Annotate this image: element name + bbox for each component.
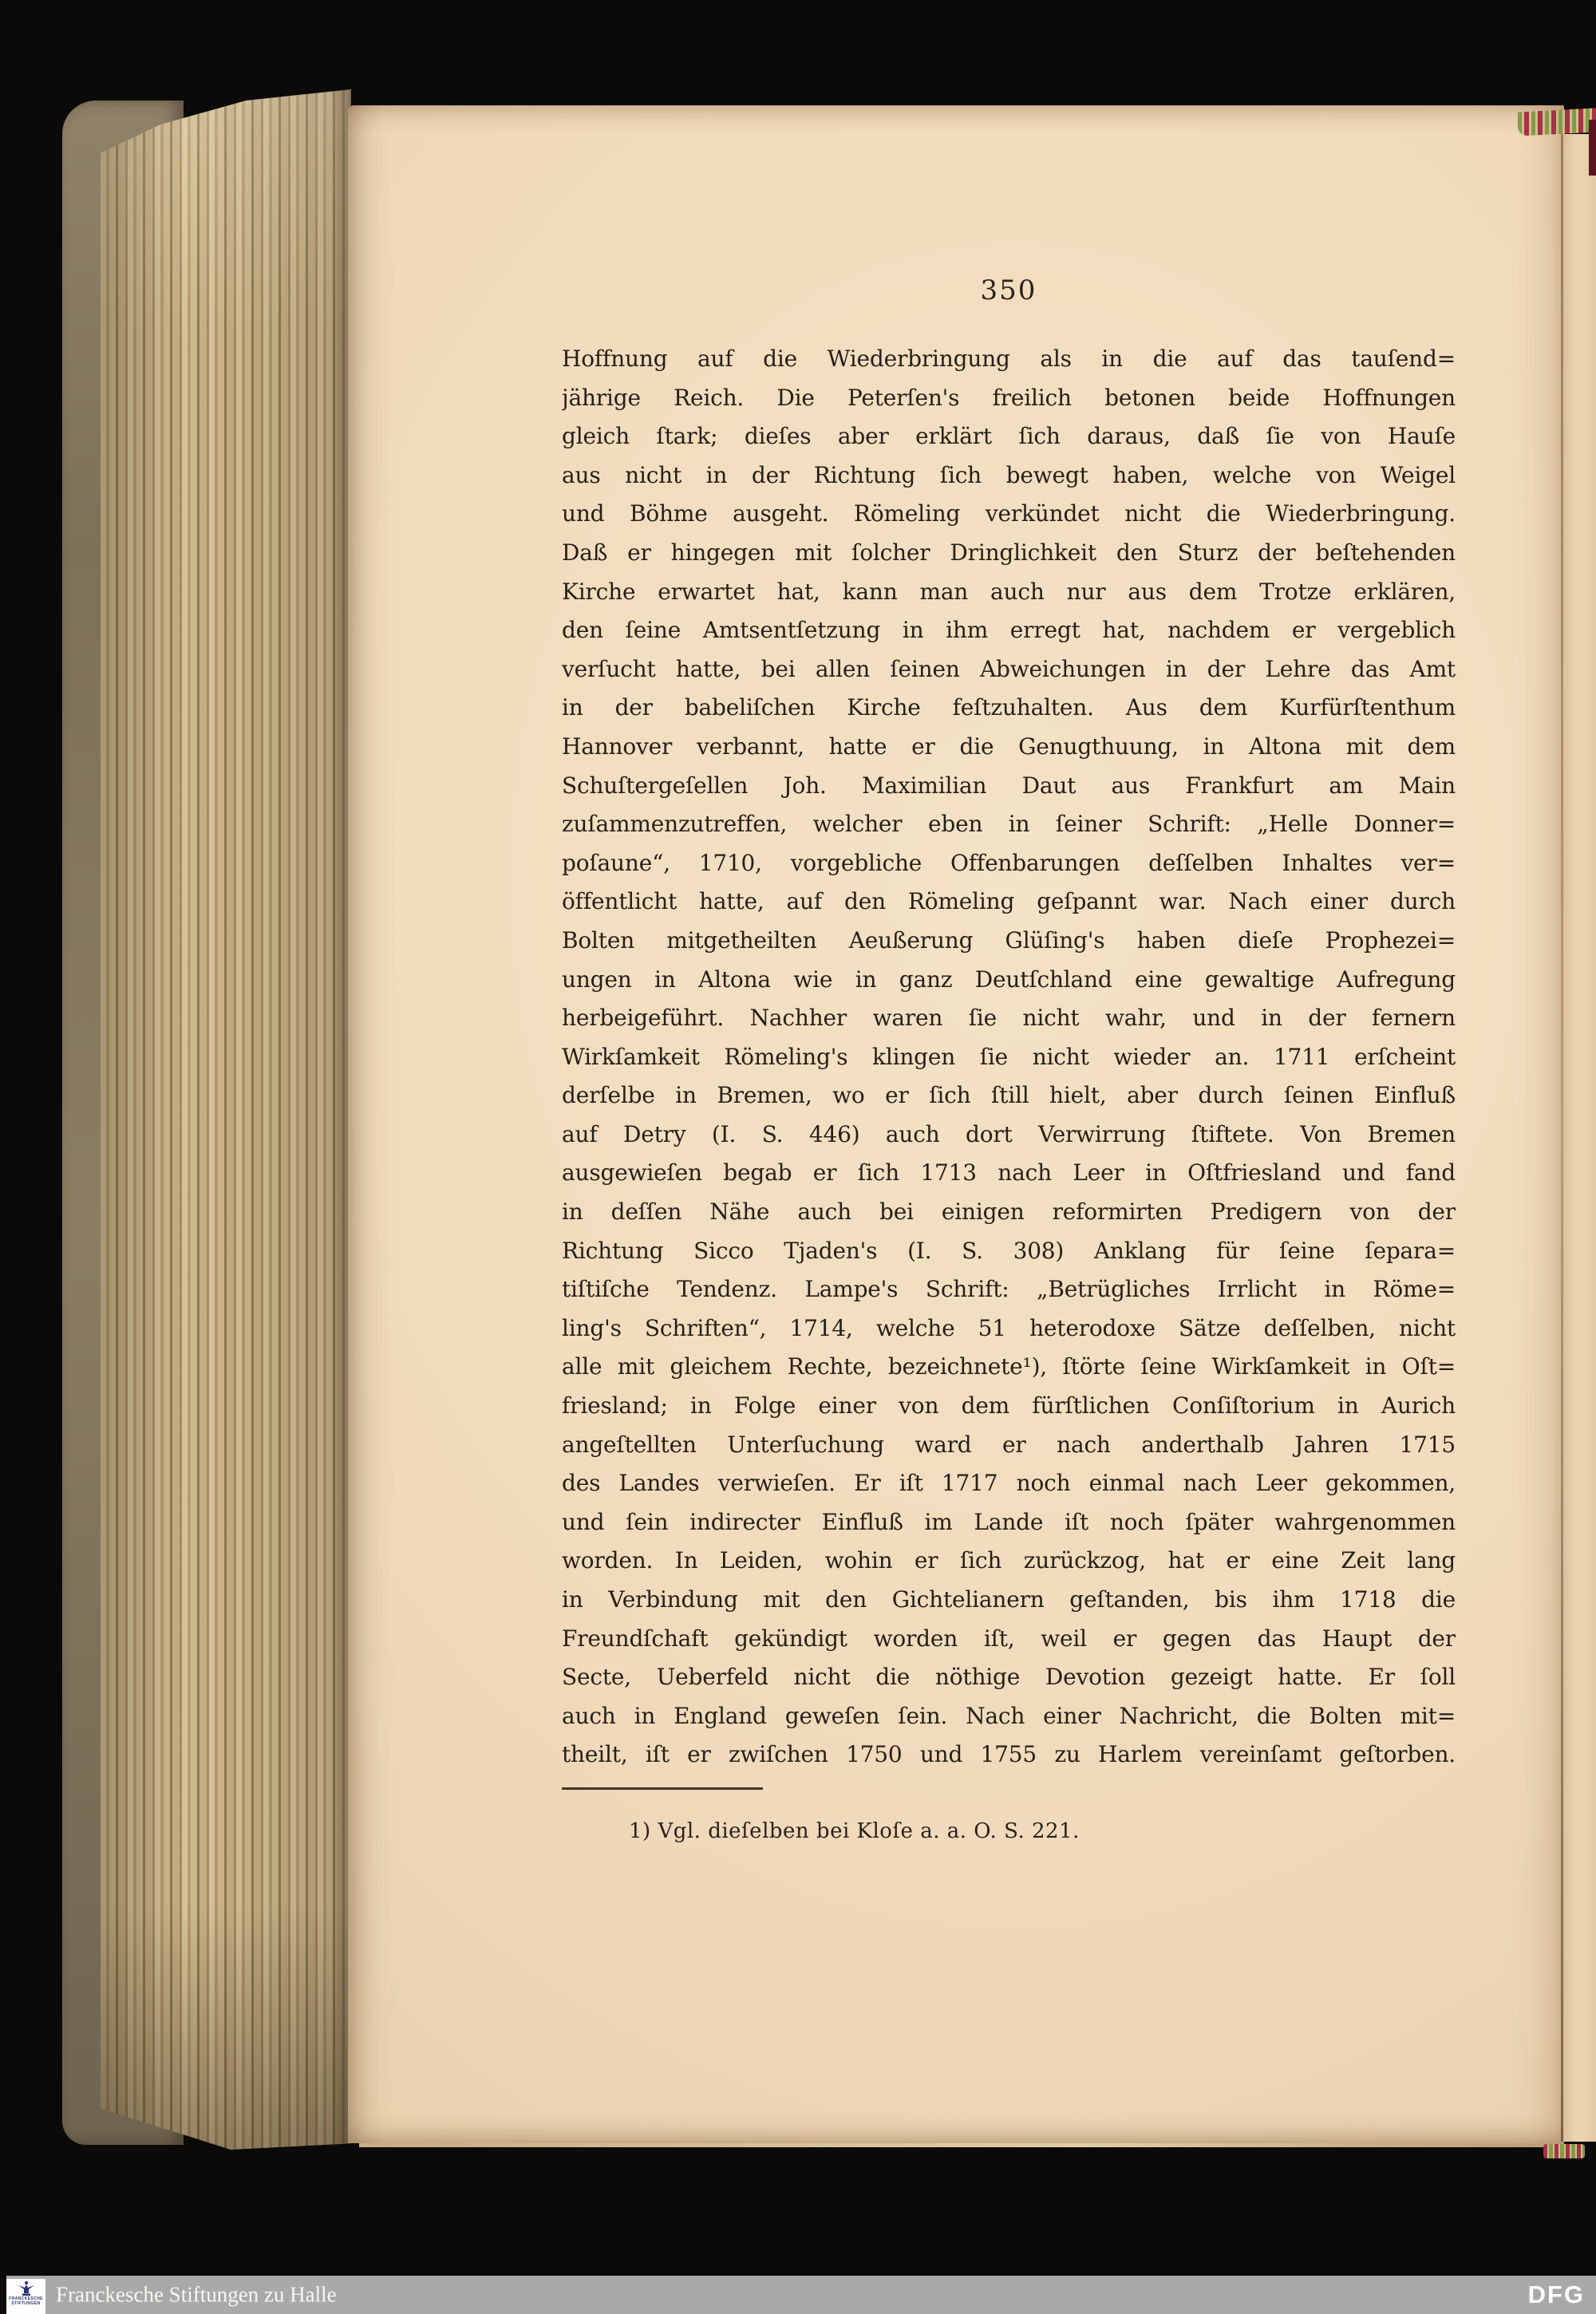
text-line: ausgewieſen begab er ſich 1713 nach Leer… — [562, 1154, 1456, 1193]
text-line: theilt, iſt er zwiſchen 1750 und 1755 zu… — [562, 1735, 1456, 1775]
text-line: öffentlicht hatte, auf den Römeling geſp… — [562, 883, 1456, 922]
text-line: den ſeine Amtsentſetzung in ihm erregt h… — [562, 611, 1456, 650]
text-line: gleich ſtark; dieſes aber erklärt ſich d… — [562, 417, 1456, 456]
franckesche-logo-caption-line2: STIFTUNGEN — [12, 2301, 41, 2306]
text-line: derſelbe in Bremen, wo er ſich ſtill hie… — [562, 1076, 1456, 1116]
text-line: und ſein indirecter Einfluß im Lande iſt… — [562, 1503, 1456, 1542]
text-line: Kirche erwartet hat, kann man auch nur a… — [562, 573, 1456, 612]
text-line: verſucht hatte, bei allen ſeinen Abweich… — [562, 650, 1456, 689]
text-line: Wirkſamkeit Römeling's klingen ſie nicht… — [562, 1038, 1456, 1077]
page-bottom-edges — [359, 2143, 1564, 2147]
text-line: Daß er hingegen mit ſolcher Dringlichkei… — [562, 534, 1456, 573]
text-line: ling's Schriften“, 1714, welche 51 heter… — [562, 1309, 1456, 1349]
franckesche-logo: FRANCKESCHE STIFTUNGEN — [6, 2279, 45, 2314]
text-line: alle mit gleichem Rechte, bezeichnete¹),… — [562, 1348, 1456, 1387]
text-line: angeſtellten Unterſuchung ward er nach a… — [562, 1426, 1456, 1465]
text-line: auch in England geweſen ſein. Nach einer… — [562, 1697, 1456, 1736]
endband-bottom — [1543, 2144, 1585, 2158]
text-line: in deſſen Nähe auch bei einigen reformir… — [562, 1193, 1456, 1232]
text-line: jährige Reich. Die Peterſen's freilich b… — [562, 379, 1456, 418]
text-line: und Böhme ausgeht. Römeling verkündet ni… — [562, 495, 1456, 534]
text-line: aus nicht in der Richtung ſich bewegt ha… — [562, 456, 1456, 496]
text-line: tiſtiſche Tendenz. Lampe's Schrift: „Bet… — [562, 1270, 1456, 1309]
footnote: 1) Vgl. dieſelben bei Kloſe a. a. O. S. … — [629, 1819, 1347, 1843]
franckesche-eagle-icon — [18, 2280, 35, 2296]
endband-top — [1518, 108, 1596, 136]
text-line: zuſammenzutreffen, welcher eben in ſeine… — [562, 805, 1456, 844]
footer-institution: Franckesche Stiftungen zu Halle — [56, 2283, 337, 2308]
book-page: 350 Hoffnung auf die Wiederbringung als … — [348, 105, 1564, 2143]
footnote-rule — [562, 1787, 763, 1790]
text-line: in Verbindung mit den Gichtelianern geſt… — [562, 1581, 1456, 1620]
text-line: Hannover verbannt, hatte er die Genugthu… — [562, 728, 1456, 767]
text-line: friesland; in Folge einer von dem fürſtl… — [562, 1387, 1456, 1426]
text-line: Schuſtergeſellen Joh. Maximilian Daut au… — [562, 767, 1456, 806]
facing-page-sliver — [1563, 134, 1596, 2142]
text-line: Secte, Ueberfeld nicht die nöthige Devot… — [562, 1658, 1456, 1697]
text-line: des Landes verwieſen. Er iſt 1717 noch e… — [562, 1464, 1456, 1503]
footer-bar: FRANCKESCHE STIFTUNGEN Franckesche Stift… — [0, 2276, 1596, 2314]
text-line: Freundſchaft gekündigt worden iſt, weil … — [562, 1620, 1456, 1659]
page-number: 350 — [562, 274, 1456, 306]
text-line: auf Detry (I. S. 446) auch dort Verwirru… — [562, 1116, 1456, 1155]
cover-red-sliver — [1589, 120, 1596, 176]
gutter-crease — [1561, 120, 1563, 2142]
text-line: in der babeliſchen Kirche feſtzuhalten. … — [562, 689, 1456, 728]
text-line: Bolten mitgetheilten Aeußerung Glüſing's… — [562, 922, 1456, 961]
text-line: ungen in Altona wie in ganz Deutſchland … — [562, 961, 1456, 1000]
text-line: herbeigeführt. Nachher waren ſie nicht w… — [562, 999, 1456, 1038]
text-line: Hoffnung auf die Wiederbringung als in d… — [562, 340, 1456, 379]
dfg-logo: DFG — [1528, 2280, 1585, 2309]
text-line: poſaune“, 1710, vorgebliche Offenbarunge… — [562, 844, 1456, 883]
book-page-stack — [101, 89, 351, 2150]
text-line: worden. In Leiden, wohin er ſich zurückz… — [562, 1542, 1456, 1581]
text-line: Richtung Sicco Tjaden's (I. S. 308) Ankl… — [562, 1232, 1456, 1271]
body-text: Hoffnung auf die Wiederbringung als in d… — [562, 340, 1456, 1775]
